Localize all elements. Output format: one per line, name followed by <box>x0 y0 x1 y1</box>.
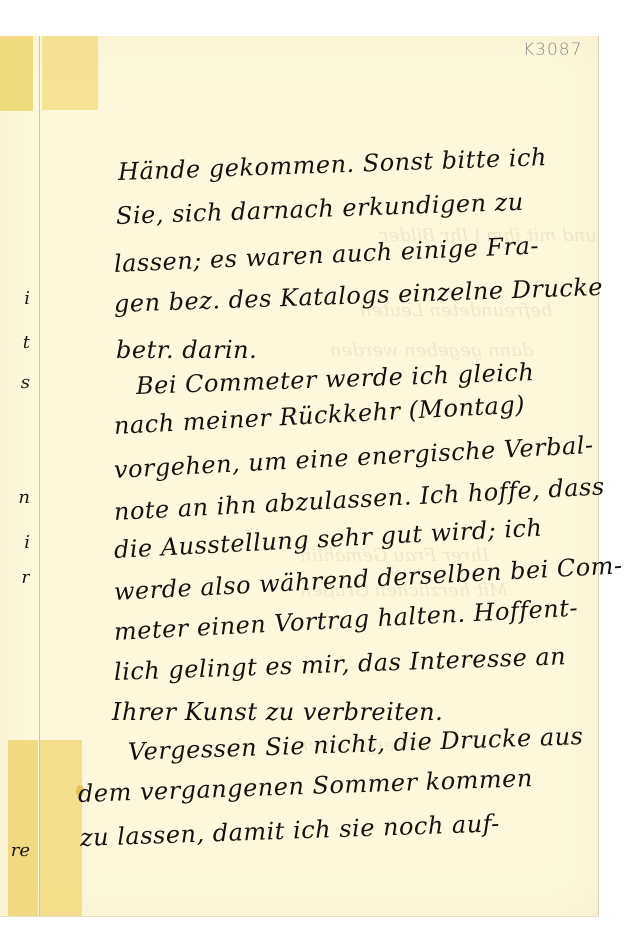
fragment-text: t <box>0 332 30 353</box>
fragment-text: s <box>0 372 30 393</box>
letter-line: Ihrer Kunst zu verbreiten. <box>112 698 443 726</box>
fragment-text: re <box>0 840 30 861</box>
tape-strip-bottom-right <box>40 740 82 916</box>
fragment-text: i <box>0 532 30 553</box>
archive-number: K3087 <box>523 40 582 60</box>
letter-line: betr. darin. <box>116 336 257 364</box>
fragment-text: i <box>0 288 30 309</box>
bleed-through-text: dann gegeben werden <box>330 340 533 361</box>
fragment-text: n <box>0 487 30 508</box>
tape-strip-top-right <box>42 36 98 110</box>
previous-page-fragment: i t s n i r re <box>0 0 36 950</box>
fragment-text: r <box>0 567 30 588</box>
